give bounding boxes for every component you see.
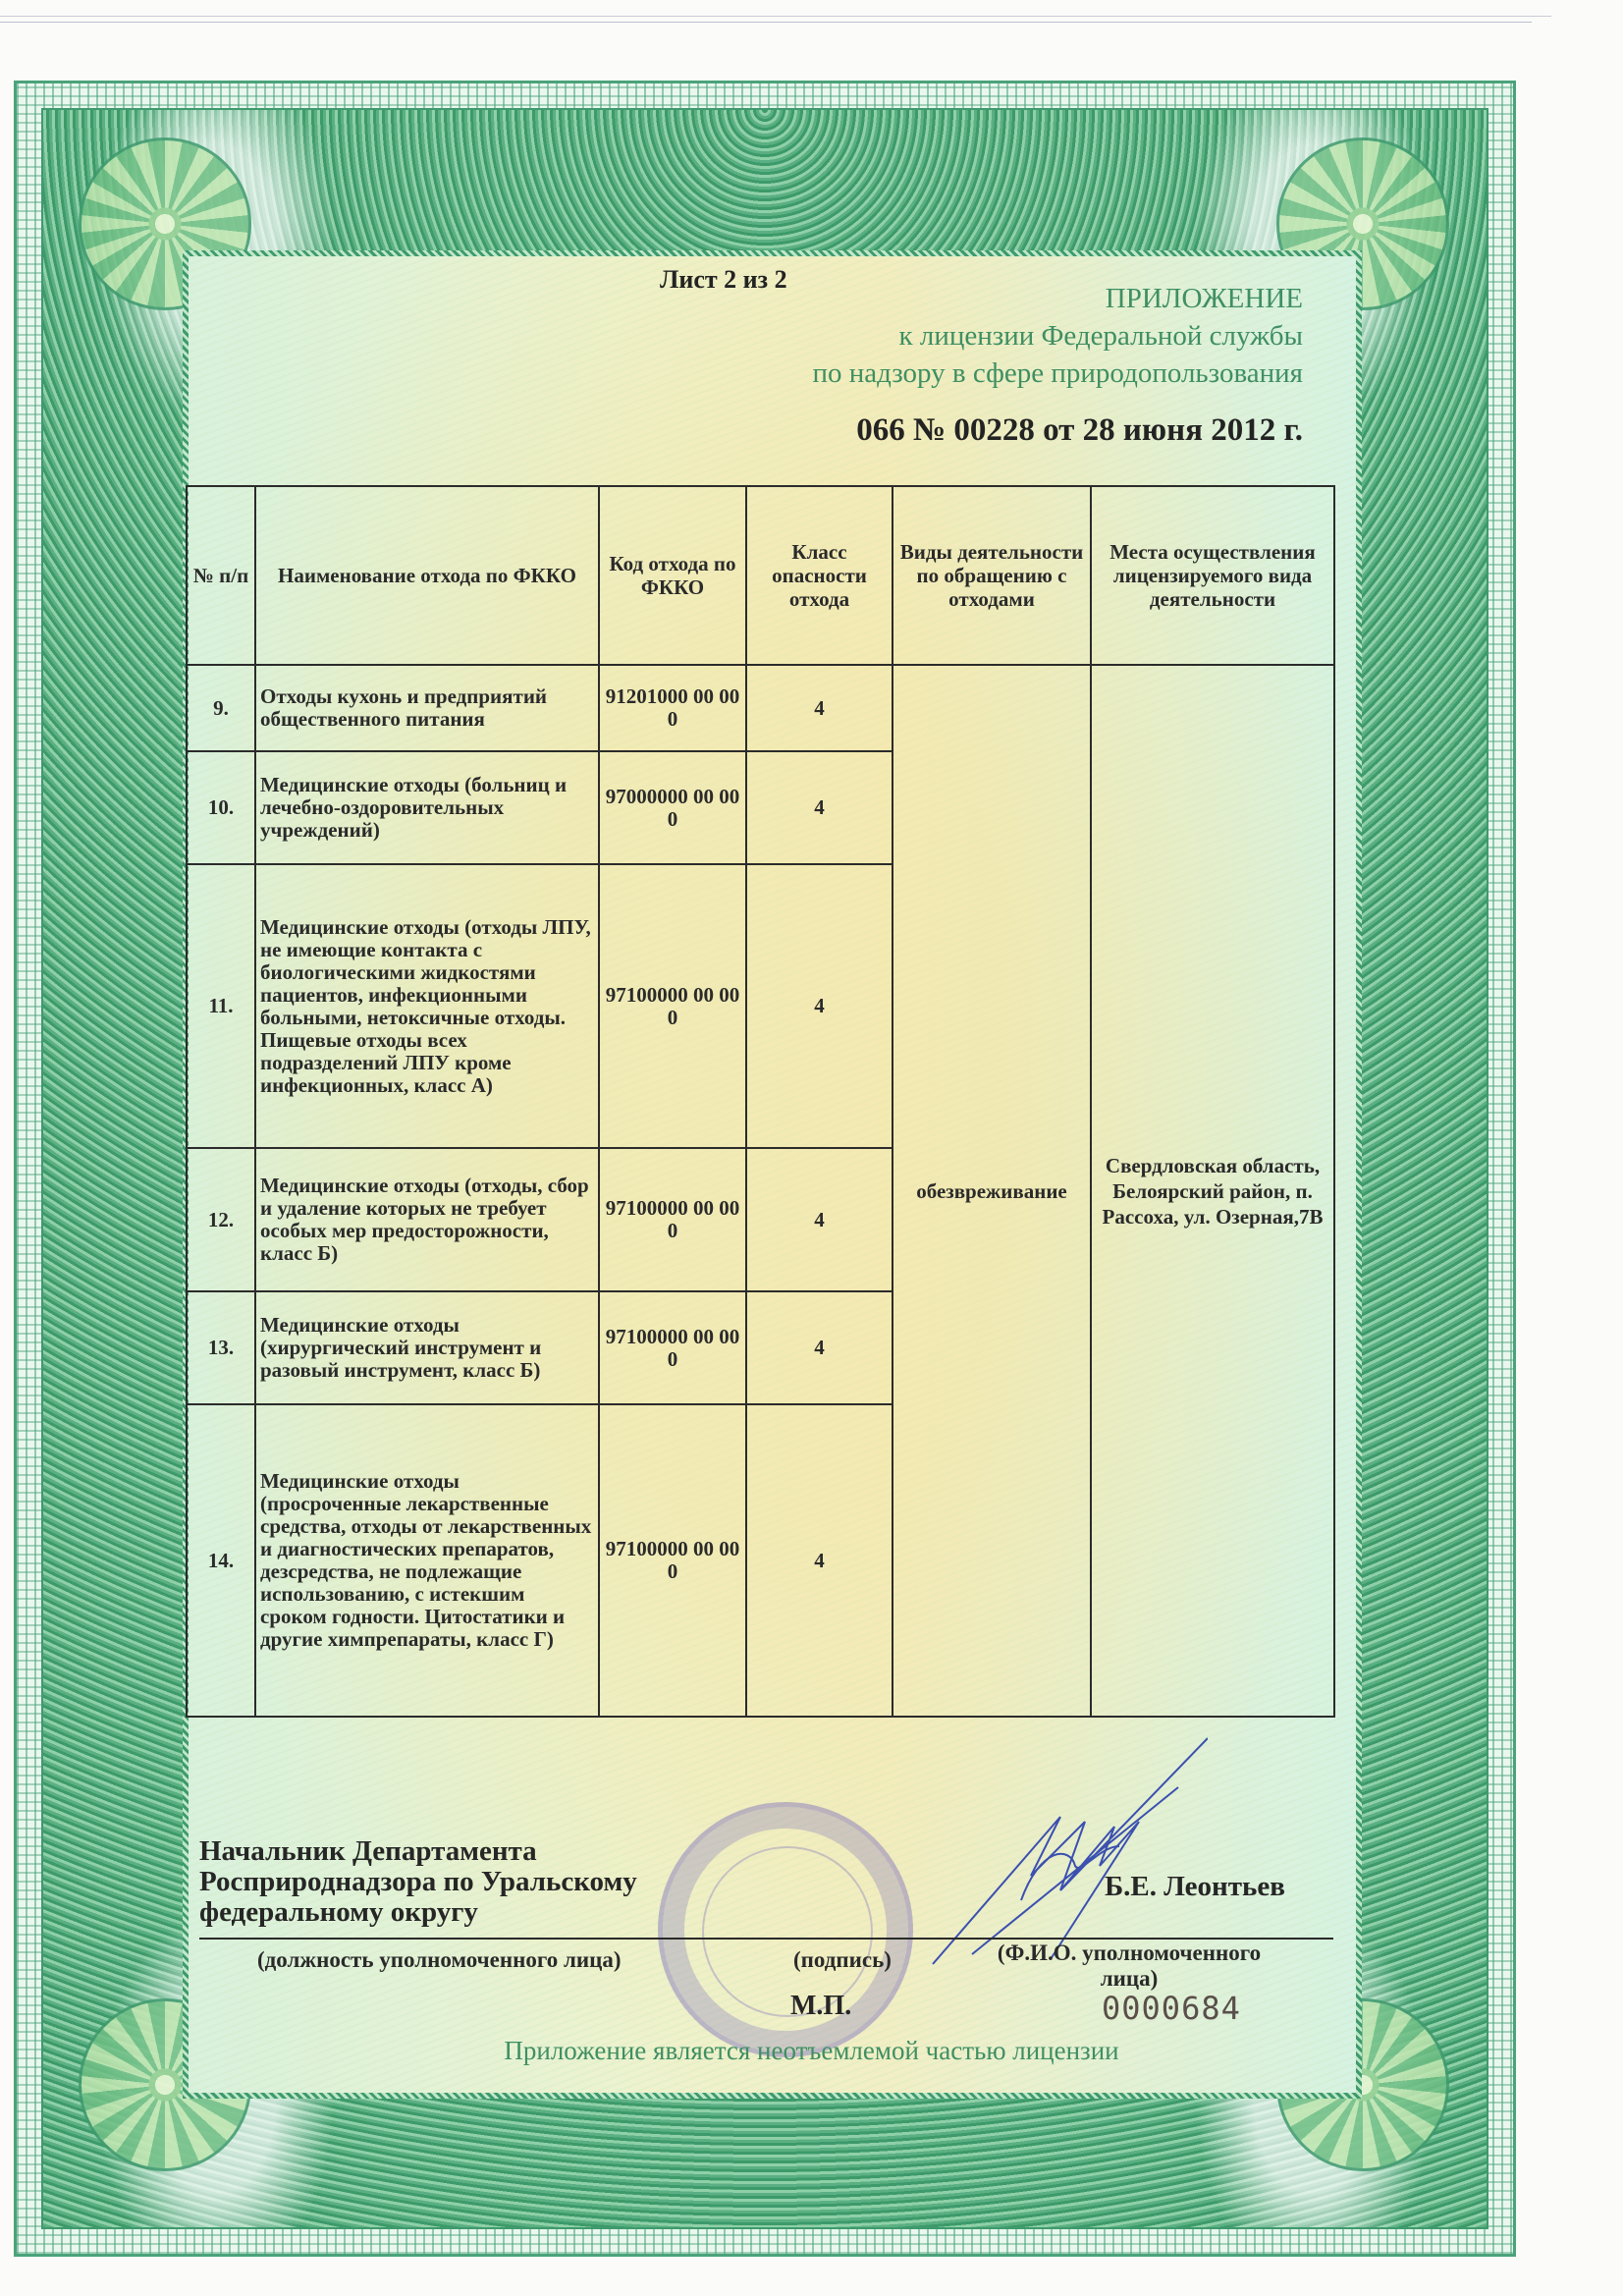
official-title-line: Начальник Департамента <box>199 1836 637 1867</box>
official-title-line: федеральному округу <box>199 1897 637 1928</box>
hazard-class: 4 <box>746 751 893 864</box>
official-stamp-icon <box>658 1802 913 2057</box>
hazard-class: 4 <box>746 1291 893 1404</box>
official-title-line: Росприроднадзора по Уральскому <box>199 1867 637 1897</box>
waste-name: Медицинские отходы (хирургический инстру… <box>255 1291 599 1404</box>
license-number: 066 № 00228 от 28 июня 2012 г. <box>856 412 1303 449</box>
hazard-class: 4 <box>746 864 893 1148</box>
row-number: 14. <box>187 1404 255 1717</box>
serial-number: 0000684 <box>1102 1990 1241 2027</box>
column-header-name: Наименование отхода по ФККО <box>255 486 599 665</box>
waste-code: 97000000 00 00 0 <box>599 751 746 864</box>
appendix-title-line: ПРИЛОЖЕНИЕ <box>812 280 1303 317</box>
waste-code: 91201000 00 00 0 <box>599 665 746 751</box>
waste-name: Медицинские отходы (отходы ЛПУ, не имеющ… <box>255 864 599 1148</box>
waste-table: № п/п Наименование отхода по ФККО Код от… <box>186 485 1335 1718</box>
row-number: 11. <box>187 864 255 1148</box>
column-header-hazard-class: Класс опасности отхода <box>746 486 893 665</box>
caption-fio: (Ф.И.О. уполномоченного лица) <box>962 1941 1296 1992</box>
appendix-title-line: по надзору в сфере природопользования <box>812 355 1303 392</box>
row-number: 10. <box>187 751 255 864</box>
table-row: 9. Отходы кухонь и предприятий обществен… <box>187 665 1334 751</box>
scan-edge <box>0 16 1551 17</box>
caption-signature: (подпись) <box>793 1947 892 1973</box>
hazard-class: 4 <box>746 665 893 751</box>
table-header-row: № п/п Наименование отхода по ФККО Код от… <box>187 486 1334 665</box>
footer-note: Приложение является неотъемлемой частью … <box>0 2036 1623 2066</box>
waste-name: Отходы кухонь и предприятий общественног… <box>255 665 599 751</box>
signature-line <box>199 1938 1333 1940</box>
waste-name: Медицинские отходы (отходы, сбор и удале… <box>255 1148 599 1291</box>
official-name: Б.Е. Леонтьев <box>1105 1871 1285 1903</box>
activity-type: обезвреживание <box>893 665 1091 1717</box>
waste-code: 97100000 00 00 0 <box>599 1148 746 1291</box>
caption-position: (должность уполномоченного лица) <box>257 1947 622 1973</box>
row-number: 12. <box>187 1148 255 1291</box>
scan-edge <box>0 22 1532 23</box>
waste-code: 97100000 00 00 0 <box>599 1291 746 1404</box>
column-header-code: Код отхода по ФККО <box>599 486 746 665</box>
caption-fio-line: лица) <box>962 1966 1296 1992</box>
hazard-class: 4 <box>746 1404 893 1717</box>
official-title: Начальник Департамента Росприроднадзора … <box>199 1836 637 1928</box>
column-header-number: № п/п <box>187 486 255 665</box>
activity-location: Свердловская область, Белоярский район, … <box>1091 665 1334 1717</box>
appendix-title: ПРИЛОЖЕНИЕ к лицензии Федеральной службы… <box>812 280 1303 392</box>
column-header-location: Места осуществления лицензируемого вида … <box>1091 486 1334 665</box>
waste-name: Медицинские отходы (просроченные лекарст… <box>255 1404 599 1717</box>
waste-code: 97100000 00 00 0 <box>599 864 746 1148</box>
hazard-class: 4 <box>746 1148 893 1291</box>
row-number: 13. <box>187 1291 255 1404</box>
waste-code: 97100000 00 00 0 <box>599 1404 746 1717</box>
column-header-activity: Виды деятельности по обращению с отходам… <box>893 486 1091 665</box>
appendix-title-line: к лицензии Федеральной службы <box>812 317 1303 355</box>
seal-mark: М.П. <box>790 1991 851 2022</box>
waste-name: Медицинские отходы (больниц и лечебно-оз… <box>255 751 599 864</box>
caption-fio-line: (Ф.И.О. уполномоченного <box>962 1941 1296 1966</box>
row-number: 9. <box>187 665 255 751</box>
sheet-label: Лист 2 из 2 <box>660 265 787 295</box>
